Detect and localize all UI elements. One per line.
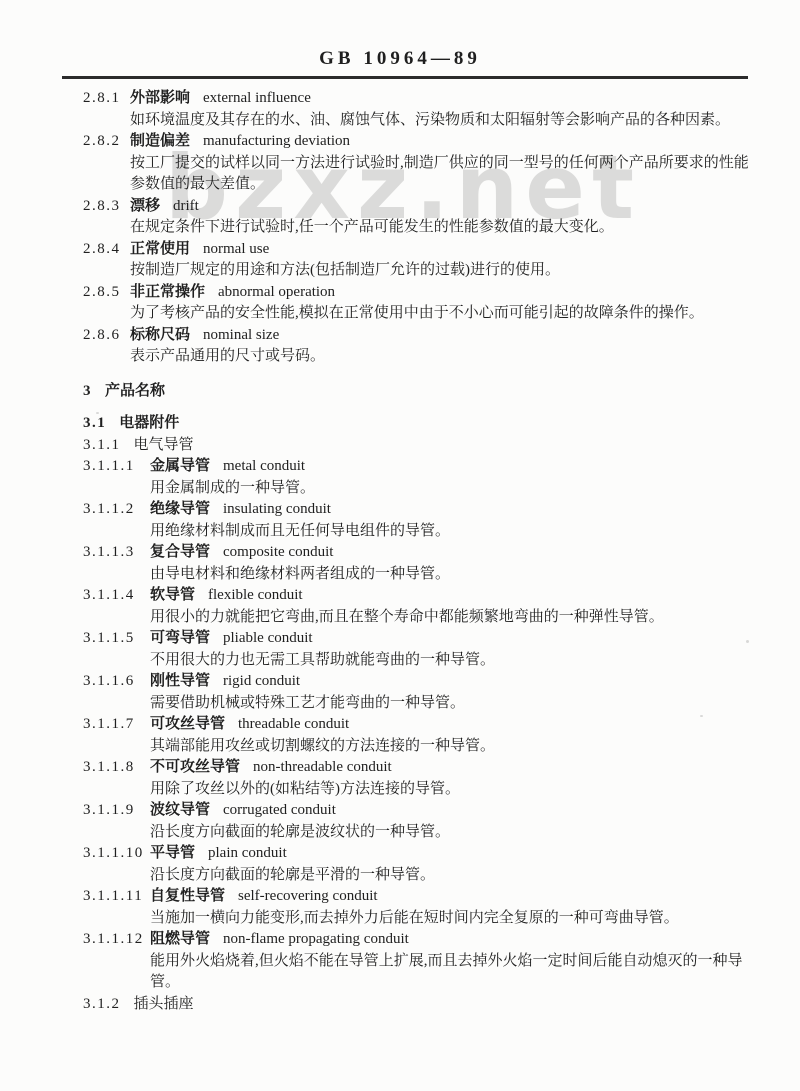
clause-number: 3.1.1.9: [83, 800, 150, 843]
term-english: nominal size: [203, 327, 279, 343]
term-line: 阻燃导管non-flame propagating conduit: [150, 929, 749, 951]
term-chinese: 波纹导管: [150, 802, 210, 818]
term-line: 制造偏差manufacturing deviation: [130, 131, 749, 153]
term-english: flexible conduit: [208, 587, 303, 603]
clause-number: 3.1.1.8: [83, 757, 150, 800]
definition-entry: 3.1.1.12阻燃导管non-flame propagating condui…: [83, 929, 749, 994]
term-english: non-flame propagating conduit: [223, 931, 409, 947]
term-line: 自复性导管self-recovering conduit: [150, 886, 749, 908]
definition-text: 需要借助机械或特殊工艺才能弯曲的一种导管。: [150, 693, 749, 715]
clause-title: 插头插座: [134, 996, 194, 1012]
entry-body: 复合导管composite conduit由导电材料和绝缘材料两者组成的一种导管…: [150, 542, 749, 585]
definition-text: 为了考核产品的安全性能,模拟在正常使用中由于不小心而可能引起的故障条件的操作。: [130, 303, 749, 325]
term-english: plain conduit: [208, 845, 287, 861]
term-english: pliable conduit: [223, 630, 313, 646]
definition-entry: 2.8.1外部影响external influence如环境温度及其存在的水、油…: [83, 88, 749, 131]
clause-heading: 3.1.2插头插座: [83, 994, 749, 1016]
term-chinese: 不可攻丝导管: [150, 759, 240, 775]
term-english: manufacturing deviation: [203, 133, 350, 149]
clause-number: 3.1.1.10: [83, 843, 150, 886]
term-line: 非正常操作abnormal operation: [130, 282, 749, 304]
clause-number: 3.1: [83, 415, 106, 431]
clause-heading: 3.1.1电气导管: [83, 435, 749, 457]
chapter-heading: 3产品名称: [83, 381, 749, 403]
definition-entry: 3.1.1.8不可攻丝导管non-threadable conduit用除了攻丝…: [83, 757, 749, 800]
definition-text: 由导电材料和绝缘材料两者组成的一种导管。: [150, 564, 749, 586]
clause-number: 3.1.1.1: [83, 456, 150, 499]
standard-code: GB 10964—89: [0, 48, 800, 70]
definition-entry: 2.8.6标称尺码nominal size表示产品通用的尺寸或号码。: [83, 325, 749, 368]
term-line: 绝缘导管insulating conduit: [150, 499, 749, 521]
definition-entry: 3.1.1.7可攻丝导管threadable conduit其端部能用攻丝或切割…: [83, 714, 749, 757]
clause-number: 3.1.1.5: [83, 628, 150, 671]
definition-entry: 3.1.1.6刚性导管rigid conduit需要借助机械或特殊工艺才能弯曲的…: [83, 671, 749, 714]
term-chinese: 标称尺码: [130, 327, 190, 343]
term-chinese: 可弯导管: [150, 630, 210, 646]
term-chinese: 非正常操作: [130, 284, 205, 300]
term-english: composite conduit: [223, 544, 333, 560]
definition-text: 按工厂提交的试样以同一方法进行试验时,制造厂供应的同一型号的任何两个产品所要求的…: [130, 153, 749, 196]
definition-text: 表示产品通用的尺寸或号码。: [130, 346, 749, 368]
term-english: external influence: [203, 90, 311, 106]
definition-text: 其端部能用攻丝或切割螺纹的方法连接的一种导管。: [150, 736, 749, 758]
entry-body: 可弯导管pliable conduit不用很大的力也无需工具帮助就能弯曲的一种导…: [150, 628, 749, 671]
entry-body: 绝缘导管insulating conduit用绝缘材料制成而且无任何导电组件的导…: [150, 499, 749, 542]
definition-entry: 3.1.1.2绝缘导管insulating conduit用绝缘材料制成而且无任…: [83, 499, 749, 542]
term-chinese: 平导管: [150, 845, 195, 861]
definition-text: 用绝缘材料制成而且无任何导电组件的导管。: [150, 521, 749, 543]
term-english: rigid conduit: [223, 673, 300, 689]
definition-entry: 3.1.1.4软导管flexible conduit用很小的力就能把它弯曲,而且…: [83, 585, 749, 628]
term-english: normal use: [203, 241, 269, 257]
entry-body: 软导管flexible conduit用很小的力就能把它弯曲,而且在整个寿命中都…: [150, 585, 749, 628]
definition-text: 用金属制成的一种导管。: [150, 478, 749, 500]
entry-body: 可攻丝导管threadable conduit其端部能用攻丝或切割螺纹的方法连接…: [150, 714, 749, 757]
entry-body: 不可攻丝导管non-threadable conduit用除了攻丝以外的(如粘结…: [150, 757, 749, 800]
entry-body: 平导管plain conduit沿长度方向截面的轮廓是平滑的一种导管。: [150, 843, 749, 886]
definition-text: 用除了攻丝以外的(如粘结等)方法连接的导管。: [150, 779, 749, 801]
clause-number: 3.1.1.2: [83, 499, 150, 542]
term-line: 复合导管composite conduit: [150, 542, 749, 564]
definition-text: 按制造厂规定的用途和方法(包括制造厂允许的过载)进行的使用。: [130, 260, 749, 282]
definition-text: 沿长度方向截面的轮廓是平滑的一种导管。: [150, 865, 749, 887]
entry-body: 刚性导管rigid conduit需要借助机械或特殊工艺才能弯曲的一种导管。: [150, 671, 749, 714]
term-chinese: 自复性导管: [150, 888, 225, 904]
clause-number: 3.1.1.7: [83, 714, 150, 757]
term-line: 漂移drift: [130, 196, 749, 218]
term-english: threadable conduit: [238, 716, 349, 732]
clause-number: 2.8.4: [83, 239, 130, 282]
definition-entry: 2.8.2制造偏差manufacturing deviation按工厂提交的试样…: [83, 131, 749, 196]
definition-entry: 3.1.1.9波纹导管corrugated conduit沿长度方向截面的轮廓是…: [83, 800, 749, 843]
term-chinese: 软导管: [150, 587, 195, 603]
term-line: 不可攻丝导管non-threadable conduit: [150, 757, 749, 779]
definition-text: 不用很大的力也无需工具帮助就能弯曲的一种导管。: [150, 650, 749, 672]
term-line: 金属导管metal conduit: [150, 456, 749, 478]
definition-entry: 3.1.1.5可弯导管pliable conduit不用很大的力也无需工具帮助就…: [83, 628, 749, 671]
term-chinese: 制造偏差: [130, 133, 190, 149]
term-line: 软导管flexible conduit: [150, 585, 749, 607]
term-line: 可弯导管pliable conduit: [150, 628, 749, 650]
term-line: 正常使用normal use: [130, 239, 749, 261]
definition-text: 沿长度方向截面的轮廓是波纹状的一种导管。: [150, 822, 749, 844]
definition-entry: 2.8.5非正常操作abnormal operation为了考核产品的安全性能,…: [83, 282, 749, 325]
definition-entry: 3.1.1.10平导管plain conduit沿长度方向截面的轮廓是平滑的一种…: [83, 843, 749, 886]
definition-text: 在规定条件下进行试验时,任一个产品可能发生的性能参数值的最大变化。: [130, 217, 749, 239]
entry-body: 金属导管metal conduit用金属制成的一种导管。: [150, 456, 749, 499]
term-line: 刚性导管rigid conduit: [150, 671, 749, 693]
clause-number: 2.8.1: [83, 88, 130, 131]
clause-number: 3.1.1.3: [83, 542, 150, 585]
term-chinese: 可攻丝导管: [150, 716, 225, 732]
entry-body: 波纹导管corrugated conduit沿长度方向截面的轮廓是波纹状的一种导…: [150, 800, 749, 843]
definition-text: 能用外火焰烧着,但火焰不能在导管上扩展,而且去掉外火焰一定时间后能自动熄灭的一种…: [150, 951, 749, 994]
clause-number: 2.8.2: [83, 131, 130, 196]
term-chinese: 复合导管: [150, 544, 210, 560]
term-english: drift: [173, 198, 199, 214]
clause-number: 3.1.1: [83, 437, 121, 453]
term-chinese: 阻燃导管: [150, 931, 210, 947]
term-english: metal conduit: [223, 458, 305, 474]
clause-number: 3.1.1.12: [83, 929, 150, 994]
clause-number: 2.8.3: [83, 196, 130, 239]
clause-number: 3.1.1.11: [83, 886, 150, 929]
term-english: abnormal operation: [218, 284, 335, 300]
term-english: self-recovering conduit: [238, 888, 378, 904]
entry-body: 标称尺码nominal size表示产品通用的尺寸或号码。: [130, 325, 749, 368]
term-chinese: 外部影响: [130, 90, 190, 106]
header-rule: [62, 76, 748, 79]
definition-entry: 3.1.1.11自复性导管self-recovering conduit当施加一…: [83, 886, 749, 929]
term-english: insulating conduit: [223, 501, 331, 517]
entry-body: 外部影响external influence如环境温度及其存在的水、油、腐蚀气体…: [130, 88, 749, 131]
entry-body: 自复性导管self-recovering conduit当施加一横向力能变形,而…: [150, 886, 749, 929]
definition-entry: 3.1.1.3复合导管composite conduit由导电材料和绝缘材料两者…: [83, 542, 749, 585]
document-page: bzxz.net GB 10964—89 2.8.1外部影响external i…: [0, 0, 800, 1091]
term-line: 外部影响external influence: [130, 88, 749, 110]
definition-text: 当施加一横向力能变形,而去掉外力后能在短时间内完全复原的一种可弯曲导管。: [150, 908, 749, 930]
clause-number: 3.1.1.6: [83, 671, 150, 714]
term-line: 波纹导管corrugated conduit: [150, 800, 749, 822]
entry-body: 阻燃导管non-flame propagating conduit能用外火焰烧着…: [150, 929, 749, 994]
entry-body: 制造偏差manufacturing deviation按工厂提交的试样以同一方法…: [130, 131, 749, 196]
clause-number: 2.8.6: [83, 325, 130, 368]
clause-number: 2.8.5: [83, 282, 130, 325]
term-chinese: 漂移: [130, 198, 160, 214]
clause-title: 电气导管: [134, 437, 194, 453]
entry-body: 漂移drift在规定条件下进行试验时,任一个产品可能发生的性能参数值的最大变化。: [130, 196, 749, 239]
term-chinese: 绝缘导管: [150, 501, 210, 517]
term-chinese: 金属导管: [150, 458, 210, 474]
term-line: 可攻丝导管threadable conduit: [150, 714, 749, 736]
term-line: 标称尺码nominal size: [130, 325, 749, 347]
clause-heading-bold: 3.1电器附件: [83, 413, 749, 435]
definition-text: 用很小的力就能把它弯曲,而且在整个寿命中都能频繁地弯曲的一种弹性导管。: [150, 607, 749, 629]
definition-entry: 2.8.4正常使用normal use按制造厂规定的用途和方法(包括制造厂允许的…: [83, 239, 749, 282]
term-english: corrugated conduit: [223, 802, 336, 818]
entry-body: 非正常操作abnormal operation为了考核产品的安全性能,模拟在正常…: [130, 282, 749, 325]
clause-number: 3.1.2: [83, 996, 121, 1012]
clause-title: 产品名称: [105, 383, 165, 399]
entry-body: 正常使用normal use按制造厂规定的用途和方法(包括制造厂允许的过载)进行…: [130, 239, 749, 282]
definition-text: 如环境温度及其存在的水、油、腐蚀气体、污染物质和太阳辐射等会影响产品的各种因素。: [130, 110, 749, 132]
clause-number: 3.1.1.4: [83, 585, 150, 628]
term-chinese: 正常使用: [130, 241, 190, 257]
clause-title: 电器附件: [119, 415, 179, 431]
term-english: non-threadable conduit: [253, 759, 392, 775]
definition-entry: 2.8.3漂移drift在规定条件下进行试验时,任一个产品可能发生的性能参数值的…: [83, 196, 749, 239]
clause-number: 3: [83, 383, 92, 399]
definition-entry: 3.1.1.1金属导管metal conduit用金属制成的一种导管。: [83, 456, 749, 499]
term-line: 平导管plain conduit: [150, 843, 749, 865]
content: 2.8.1外部影响external influence如环境温度及其存在的水、油…: [83, 88, 749, 1015]
term-chinese: 刚性导管: [150, 673, 210, 689]
